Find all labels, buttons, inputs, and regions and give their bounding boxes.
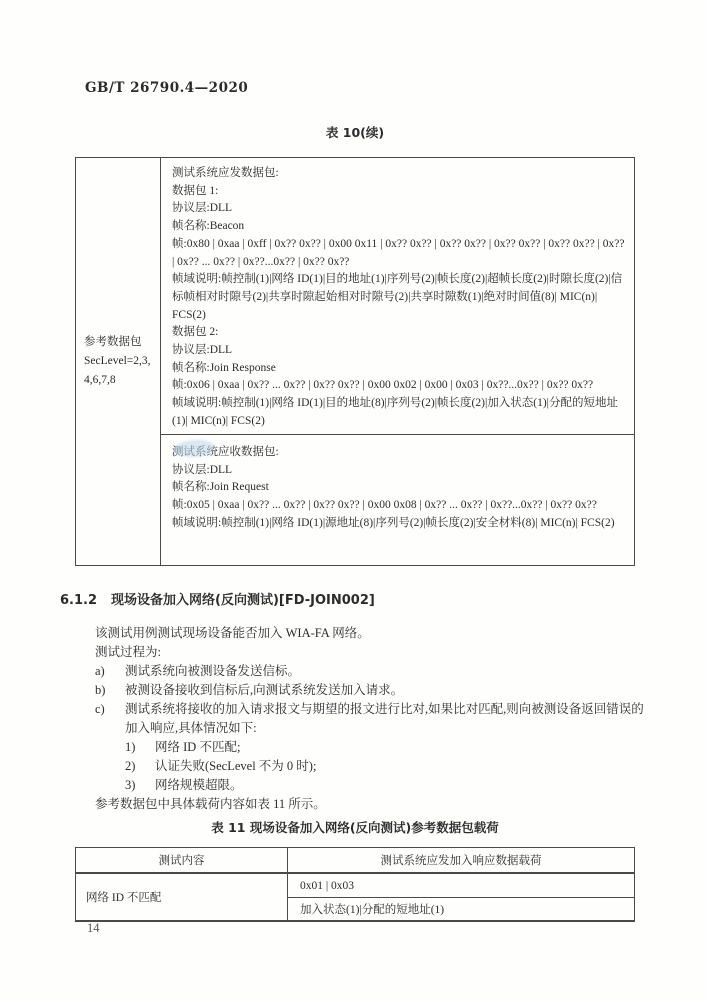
sent-line: 测试系统应发数据包: xyxy=(172,165,625,183)
table10-content-column: 测试系统应发数据包: 数据包 1: 协议层:DLL 帧名称:Beacon 帧:0… xyxy=(161,158,634,565)
sent-line: 帧名称:Join Response xyxy=(172,360,625,378)
substep-1: 1) 网络 ID 不匹配; xyxy=(60,738,650,757)
section-closing: 参考数据包中具体载荷内容如表 11 所示。 xyxy=(60,795,650,814)
table11-header-row: 测试内容 测试系统应发加入响应数据载荷 xyxy=(76,848,634,874)
received-line: 协议层:DLL xyxy=(172,462,625,480)
sent-line: 帧域说明:帧控制(1)|网络 ID(1)|目的地址(8)|序列号(2)|帧长度(… xyxy=(172,395,625,430)
sent-line: 协议层:DLL xyxy=(172,342,625,360)
received-line: 测试系统应收数据包: xyxy=(172,444,625,462)
sent-line: 帧:0x80 | 0xaa | 0xff | 0x?? 0x?? | 0x00 … xyxy=(172,236,625,271)
row-label-line: SecLevel=2,3, xyxy=(84,352,154,371)
table10-sent-cell: 测试系统应发数据包: 数据包 1: 协议层:DLL 帧名称:Beacon 帧:0… xyxy=(161,158,634,435)
sent-line: 帧:0x06 | 0xaa | 0x?? ... 0x?? | 0x?? 0x?… xyxy=(172,377,625,395)
substep-text: 网络 ID 不匹配; xyxy=(155,738,240,757)
step-b: b) 被测设备接收到信标后,向测试系统发送加入请求。 xyxy=(60,681,650,700)
payload-line: 加入状态(1)|分配的短地址(1) xyxy=(288,897,634,920)
step-marker: b) xyxy=(95,681,125,700)
step-text: 被测设备接收到信标后,向测试系统发送加入请求。 xyxy=(125,681,403,700)
table10-row-label-cell: 参考数据包 SecLevel=2,3, 4,6,7,8 xyxy=(76,158,161,565)
section-6-1-2: 6.1.2现场设备加入网络(反向测试)[FD-JOIN002] 该测试用例测试现… xyxy=(60,589,650,814)
table11-row-content: 网络 ID 不匹配 xyxy=(76,874,288,920)
substep-marker: 2) xyxy=(125,757,155,776)
step-a: a) 测试系统向被测设备发送信标。 xyxy=(60,662,650,681)
sent-line: 数据包 2: xyxy=(172,324,625,342)
substep-3: 3) 网络规模超限。 xyxy=(60,776,650,795)
table11-header-content: 测试内容 xyxy=(76,848,288,872)
table10-received-cell: 测试系统应收数据包: 协议层:DLL 帧名称:Join Request 帧:0x… xyxy=(161,435,634,565)
step-text: 测试系统向被测设备发送信标。 xyxy=(125,662,300,681)
table11-row-payload: 0x01 | 0x03 加入状态(1)|分配的短地址(1) xyxy=(288,874,634,920)
table11: 测试内容 测试系统应发加入响应数据载荷 网络 ID 不匹配 0x01 | 0x0… xyxy=(75,847,635,922)
sent-line: 帧域说明:帧控制(1)|网络 ID(1)|目的地址(1)|序列号(2)|帧长度(… xyxy=(172,271,625,324)
section-title: 现场设备加入网络(反向测试)[FD-JOIN002] xyxy=(111,593,375,608)
table-row: 网络 ID 不匹配 0x01 | 0x03 加入状态(1)|分配的短地址(1) xyxy=(76,874,634,920)
step-marker: a) xyxy=(95,662,125,681)
table11-header-payload: 测试系统应发加入响应数据载荷 xyxy=(288,848,634,872)
document-page: GB/T 26790.4—2020 表 10(续) 参考数据包 SecLevel… xyxy=(0,0,707,1000)
page-number: 14 xyxy=(87,921,100,936)
received-line: 帧域说明:帧控制(1)|网络 ID(1)|源地址(8)|序列号(2)|帧长度(2… xyxy=(172,515,625,533)
procedure-label: 测试过程为: xyxy=(60,643,650,662)
substep-2: 2) 认证失败(SecLevel 不为 0 时); xyxy=(60,757,650,776)
step-text: 测试系统将接收的加入请求报文与期望的报文进行比对,如果比对匹配,则向被测设备返回… xyxy=(125,700,650,738)
step-c: c) 测试系统将接收的加入请求报文与期望的报文进行比对,如果比对匹配,则向被测设… xyxy=(60,700,650,738)
substep-marker: 3) xyxy=(125,776,155,795)
substep-text: 认证失败(SecLevel 不为 0 时); xyxy=(155,757,316,776)
substep-marker: 1) xyxy=(125,738,155,757)
received-line: 帧名称:Join Request xyxy=(172,479,625,497)
section-heading: 6.1.2现场设备加入网络(反向测试)[FD-JOIN002] xyxy=(60,589,650,608)
section-number: 6.1.2 xyxy=(60,593,97,608)
table10-caption: 表 10(续) xyxy=(75,123,635,141)
received-line: 帧:0x05 | 0xaa | 0x?? ... 0x?? | 0x?? 0x?… xyxy=(172,497,625,515)
sent-line: 协议层:DLL xyxy=(172,200,625,218)
step-marker: c) xyxy=(95,700,125,738)
payload-line: 0x01 | 0x03 xyxy=(288,874,634,897)
sent-line: 帧名称:Beacon xyxy=(172,218,625,236)
standard-code: GB/T 26790.4—2020 xyxy=(85,80,248,96)
section-intro: 该测试用例测试现场设备能否加入 WIA-FA 网络。 xyxy=(60,624,650,643)
sent-line: 数据包 1: xyxy=(172,183,625,201)
substep-text: 网络规模超限。 xyxy=(155,776,243,795)
row-label-line: 4,6,7,8 xyxy=(84,371,154,390)
row-label-line: 参考数据包 xyxy=(84,333,154,352)
table11-caption: 表 11 现场设备加入网络(反向测试)参考数据包载荷 xyxy=(75,818,635,836)
table10: 参考数据包 SecLevel=2,3, 4,6,7,8 测试系统应发数据包: 数… xyxy=(75,157,635,566)
